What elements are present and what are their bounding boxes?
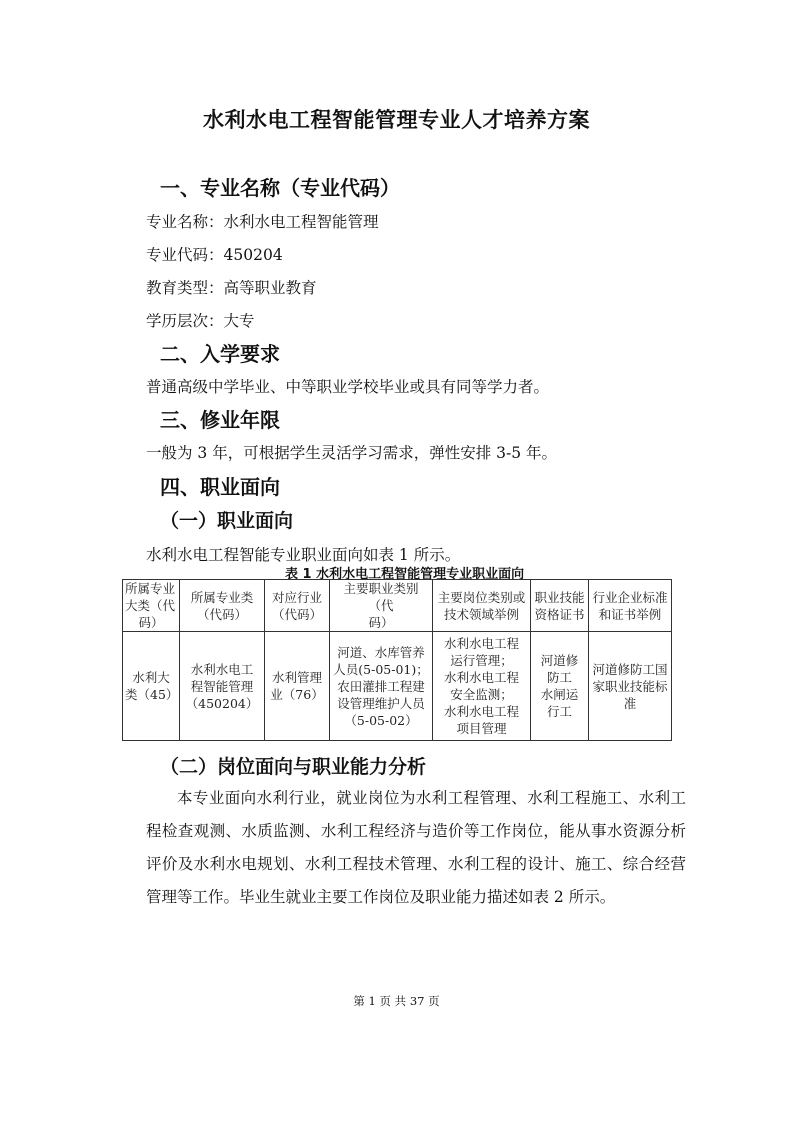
section4-sub2-text: 本专业面向水利行业，就业岗位为水利工程管理、水利工程施工、水利工程检查观测、水质… — [146, 782, 686, 914]
table-cell: 河道、水库管养 人员(5-05-01)； 农田灌排工程建 设管理维护人员 （5-… — [330, 632, 433, 741]
field-value: 大专 — [224, 312, 255, 330]
section2-heading: 二、入学要求 — [160, 338, 280, 367]
table-cell: 水利大 类（45） — [123, 632, 180, 741]
document-title: 水利水电工程智能管理专业人才培养方案 — [0, 104, 793, 134]
header-cell: 主要职业类别（代 码） — [330, 580, 433, 632]
table-cell: 水利水电工 程智能管理 （450204） — [180, 632, 265, 741]
header-cell: 职业技能 资格证书 — [531, 580, 589, 632]
table-row: 水利大 类（45） 水利水电工 程智能管理 （450204） 水利管理 业（76… — [123, 632, 672, 741]
field-value: 450204 — [224, 246, 283, 264]
section4-sub1-heading: （一）职业面向 — [160, 506, 293, 533]
table-cell: 河道修防工国 家职业技能标 准 — [589, 632, 672, 741]
field-label: 专业代码： — [146, 246, 224, 264]
table-cell: 河道修 防工 水闸运 行工 — [531, 632, 589, 741]
section1-heading: 一、专业名称（专业代码） — [160, 172, 400, 201]
field-label: 专业名称： — [146, 213, 224, 231]
field-value: 高等职业教育 — [224, 279, 317, 297]
field-label: 学历层次： — [146, 312, 224, 330]
field-education-level: 学历层次：大专 — [146, 309, 255, 331]
field-value: 水利水电工程智能管理 — [224, 213, 379, 231]
section3-heading: 三、修业年限 — [160, 404, 280, 433]
table-cell: 水利水电工程 运行管理； 水利水电工程 安全监测； 水利水电工程 项目管理 — [433, 632, 531, 741]
section4-heading: 四、职业面向 — [160, 471, 280, 500]
field-major-code: 专业代码：450204 — [146, 243, 283, 265]
header-cell: 对应行业 （代码） — [265, 580, 330, 632]
table-header-row: 所属专业 大类（代 码） 所属专业类 （代码） 对应行业 （代码） 主要职业类别… — [123, 580, 672, 632]
field-major-name: 专业名称：水利水电工程智能管理 — [146, 210, 379, 232]
page-footer: 第 1 页 共 37 页 — [0, 993, 793, 1009]
section3-text: 一般为 3 年，可根据学生灵活学习需求，弹性安排 3-5 年。 — [146, 441, 557, 463]
header-cell: 主要岗位类别或 技术领域举例 — [433, 580, 531, 632]
field-education-type: 教育类型：高等职业教育 — [146, 276, 317, 298]
table1-intro: 水利水电工程智能专业职业面向如表 1 所示。 — [146, 543, 460, 565]
table-cell: 水利管理 业（76） — [265, 632, 330, 741]
section2-text: 普通高级中学毕业、中等职业学校毕业或具有同等学力者。 — [146, 375, 549, 397]
header-cell: 行业企业标准 和证书举例 — [589, 580, 672, 632]
section4-sub2-heading: （二）岗位面向与职业能力分析 — [160, 752, 426, 779]
header-cell: 所属专业类 （代码） — [180, 580, 265, 632]
field-label: 教育类型： — [146, 279, 224, 297]
header-cell: 所属专业 大类（代 码） — [123, 580, 180, 632]
career-orientation-table: 所属专业 大类（代 码） 所属专业类 （代码） 对应行业 （代码） 主要职业类别… — [122, 579, 672, 741]
